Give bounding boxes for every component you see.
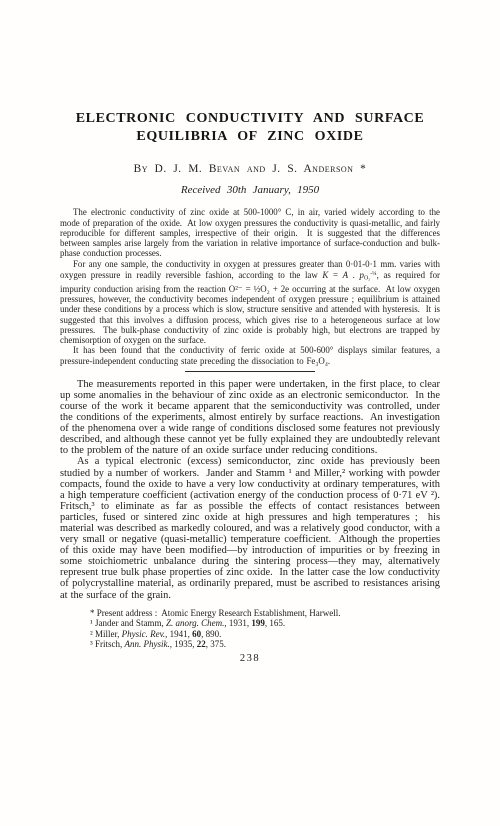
page-number: 238 [60,653,440,664]
footnote-volume: 22 [197,639,206,649]
body-paragraph-1: The measurements reported in this paper … [60,379,440,457]
footnote-volume: 199 [251,618,265,628]
footnote-reference-2: ² Miller, Physic. Rev., 1941, 60, 890. [90,629,440,640]
footnote-text: Miller, [95,629,122,639]
article-title: ELECTRONIC CONDUCTIVITY AND SURFACEEQUIL… [60,110,440,146]
formula-multiplication-dot: . [348,270,359,280]
footnote-year: , 1931, [224,618,251,628]
abstract-paragraph-1: The electronic conductivity of zinc oxid… [60,207,440,258]
abstract-paragraph-2: For any one sample, the conductivity in … [60,259,440,346]
journal-page: ELECTRONIC CONDUCTIVITY AND SURFACEEQUIL… [0,0,500,826]
footnote-text: Present address : Atomic Energy Research… [97,608,341,618]
footnote-journal: Z. anorg. Chem. [166,618,224,628]
footnote-pages: , 890. [201,629,221,639]
formula-equals: = [328,270,342,280]
footnote-text: Jander and Stamm, [95,618,166,628]
abstract-paragraph-3: It has been found that the conductivity … [60,345,440,366]
footnote-text: Fritsch, [95,639,125,649]
received-date-line: Received 30th January, 1950 [60,184,440,196]
footnote-marker: * [90,608,97,618]
byline: By D. J. M. Bevan and J. S. Anderson * [60,163,440,175]
abstract-p2-text-after-formula: , as required for impurity conduction ar… [60,270,443,345]
footnote-journal: Ann. Physik. [124,639,169,649]
footnote-reference-3: ³ Fritsch, Ann. Physik., 1935, 22, 375. [90,639,440,650]
footnote-present-address: * Present address : Atomic Energy Resear… [90,608,440,619]
title-line-2: EQUILIBRIA OF ZINC OXIDE [60,128,440,146]
section-divider-rule [185,371,315,372]
article-body: The measurements reported in this paper … [60,379,440,601]
footnote-pages: , 375. [206,639,226,649]
footnote-journal: Physic. Rev. [122,629,166,639]
footnote-year: , 1935, [170,639,197,649]
footnotes-section: * Present address : Atomic Energy Resear… [60,608,440,650]
footnote-reference-1: ¹ Jander and Stamm, Z. anorg. Chem., 193… [90,618,440,629]
footnote-pages: , 165. [265,618,285,628]
footnote-volume: 60 [192,629,201,639]
body-paragraph-2: As a typical electronic (excess) semicon… [60,456,440,600]
abstract-section: The electronic conductivity of zinc oxid… [60,207,440,365]
title-line-1: ELECTRONIC CONDUCTIVITY AND SURFACE [60,110,440,128]
footnote-year: , 1941, [165,629,192,639]
